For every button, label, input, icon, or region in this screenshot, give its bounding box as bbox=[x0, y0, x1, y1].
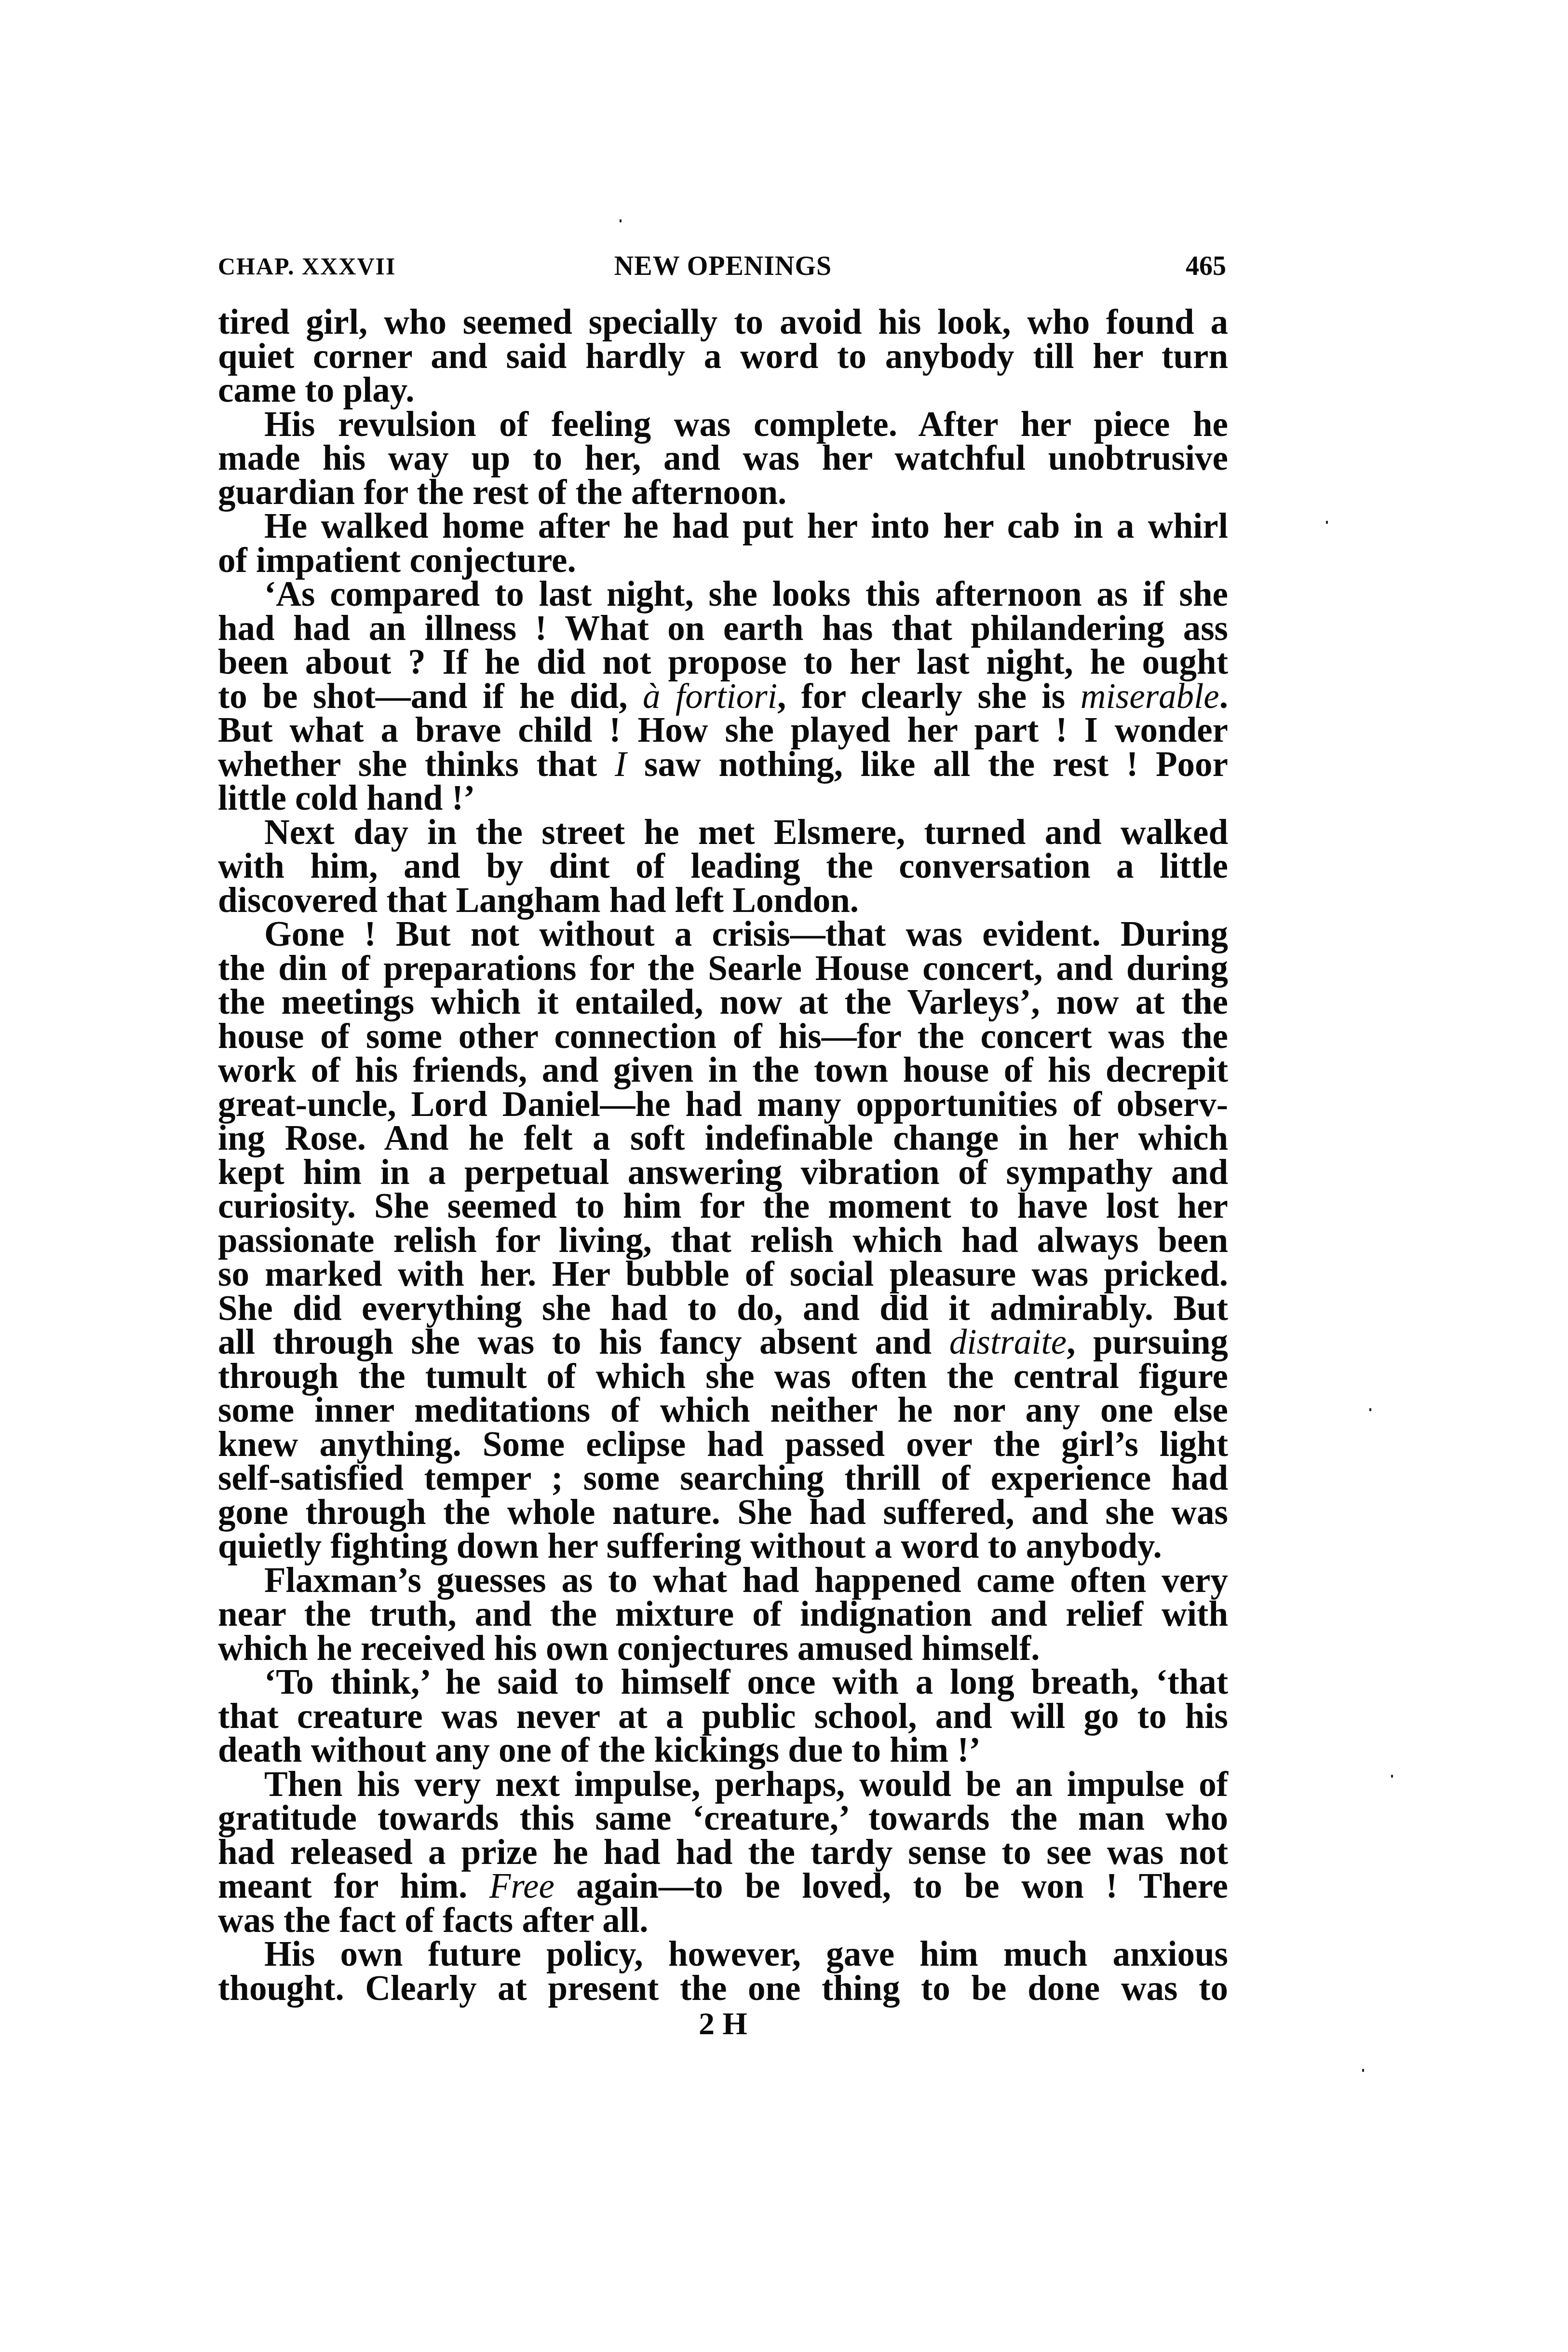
text-line: ‘To think,’ he said to himself once with… bbox=[218, 1665, 1228, 1699]
text-run: Next day in the street he met Elsmere, t… bbox=[264, 813, 1228, 852]
text-line: ‘As compared to last night, she looks th… bbox=[218, 577, 1228, 612]
dust-speck bbox=[1326, 521, 1328, 524]
text-run: meant for him. bbox=[218, 1866, 489, 1905]
book-page: CHAP. XXXVII NEW OPENINGS 465 tired girl… bbox=[0, 0, 1568, 2352]
text-run: passionate relish for living, that relis… bbox=[218, 1221, 1228, 1260]
text-run: near the truth, and the mixture of indig… bbox=[218, 1594, 1228, 1633]
text-run: was the fact of facts after all. bbox=[218, 1901, 649, 1940]
text-line: had had an illness ! What on earth has t… bbox=[218, 612, 1228, 646]
text-line: had released a prize he had had the tard… bbox=[218, 1835, 1228, 1870]
text-run: tired girl, who seemed specially to avoi… bbox=[218, 302, 1228, 341]
italic-text: à fortiori bbox=[643, 677, 777, 716]
text-run: curiosity. She seemed to him for the mom… bbox=[218, 1186, 1228, 1225]
text-line: made his way up to her, and was her watc… bbox=[218, 441, 1228, 476]
text-line: Gone ! But not without a crisis—that was… bbox=[218, 917, 1228, 952]
text-line: thought. Clearly at present the one thin… bbox=[218, 1971, 1228, 2006]
text-run: of impatient conjecture. bbox=[218, 541, 576, 580]
text-run: quietly fighting down her suffering with… bbox=[218, 1526, 1162, 1565]
text-run: that creature was never at a public scho… bbox=[218, 1697, 1228, 1736]
text-run: discovered that Langham had left London. bbox=[218, 881, 859, 920]
text-line: through the tumult of which she was ofte… bbox=[218, 1360, 1228, 1394]
text-line: guardian for the rest of the afternoon. bbox=[218, 476, 1228, 510]
text-run: to be shot—and if he did, bbox=[218, 677, 643, 716]
text-run: She did everything she had to do, and di… bbox=[218, 1289, 1228, 1328]
text-line: His revulsion of feeling was complete. A… bbox=[218, 408, 1228, 442]
text-line: been about ? If he did not propose to he… bbox=[218, 645, 1228, 680]
text-run: Then his very next impulse, perhaps, wou… bbox=[264, 1765, 1228, 1804]
text-run: self-satisfied temper ; some searching t… bbox=[218, 1458, 1228, 1497]
text-run: through the tumult of which she was ofte… bbox=[218, 1357, 1228, 1396]
text-run: quiet corner and said hardly a word to a… bbox=[218, 337, 1228, 376]
text-run: had released a prize he had had the tard… bbox=[218, 1833, 1228, 1872]
text-run: came to play. bbox=[218, 370, 415, 409]
text-run: ing Rose. And he felt a soft indefinable… bbox=[218, 1118, 1228, 1157]
text-line: the din of preparations for the Searle H… bbox=[218, 952, 1228, 986]
italic-text: distraite bbox=[949, 1322, 1067, 1361]
text-line: passionate relish for living, that relis… bbox=[218, 1224, 1228, 1258]
text-run: with him, and by dint of leading the con… bbox=[218, 846, 1228, 885]
text-line: Next day in the street he met Elsmere, t… bbox=[218, 816, 1228, 850]
signature-mark: 2 H bbox=[218, 2007, 1228, 2041]
text-line: of impatient conjecture. bbox=[218, 544, 1228, 578]
text-line: curiosity. She seemed to him for the mom… bbox=[218, 1189, 1228, 1224]
page-number: 465 bbox=[1186, 251, 1226, 282]
text-run: knew anything. Some eclipse had passed o… bbox=[218, 1425, 1228, 1464]
text-line: which he received his own conjectures am… bbox=[218, 1631, 1228, 1666]
text-run: But what a brave child ! How she played … bbox=[218, 710, 1228, 749]
text-run: gone through the whole nature. She had s… bbox=[218, 1493, 1228, 1532]
text-line: gone through the whole nature. She had s… bbox=[218, 1495, 1228, 1530]
text-run: some inner meditations of which neither … bbox=[218, 1390, 1228, 1429]
text-line: Flaxman’s guesses as to what had happene… bbox=[218, 1563, 1228, 1598]
text-line: kept him in a perpetual answering vibrat… bbox=[218, 1156, 1228, 1190]
text-line: came to play. bbox=[218, 373, 1228, 408]
text-line: His own future policy, however, gave him… bbox=[218, 1937, 1228, 1971]
text-run: His own future policy, however, gave him… bbox=[264, 1934, 1228, 1973]
text-line: whether she thinks that I saw nothing, l… bbox=[218, 748, 1228, 782]
text-line: discovered that Langham had left London. bbox=[218, 884, 1228, 918]
text-run: ‘To think,’ he said to himself once with… bbox=[264, 1662, 1228, 1701]
text-run: little cold hand !’ bbox=[218, 778, 475, 817]
text-line: Then his very next impulse, perhaps, wou… bbox=[218, 1767, 1228, 1802]
text-run: , pursuing bbox=[1067, 1322, 1228, 1361]
text-line: death without any one of the kickings du… bbox=[218, 1733, 1228, 1767]
text-run: kept him in a perpetual answering vibrat… bbox=[218, 1153, 1228, 1192]
dust-speck bbox=[1369, 1408, 1371, 1411]
text-run: house of some other connection of his—fo… bbox=[218, 1017, 1228, 1056]
text-line: She did everything she had to do, and di… bbox=[218, 1292, 1228, 1326]
text-run: Gone ! But not without a crisis—that was… bbox=[264, 914, 1228, 953]
text-line: meant for him. Free again—to be loved, t… bbox=[218, 1869, 1228, 1903]
text-run: His revulsion of feeling was complete. A… bbox=[264, 405, 1228, 444]
dust-speck bbox=[1362, 2069, 1364, 2072]
text-run: gratitude towards this same ‘creature,’ … bbox=[218, 1798, 1228, 1837]
italic-text: I bbox=[615, 745, 626, 784]
text-run: made his way up to her, and was her watc… bbox=[218, 438, 1228, 477]
text-line: self-satisfied temper ; some searching t… bbox=[218, 1461, 1228, 1495]
text-line: with him, and by dint of leading the con… bbox=[218, 849, 1228, 884]
text-line: little cold hand !’ bbox=[218, 781, 1228, 816]
text-run: thought. Clearly at present the one thin… bbox=[218, 1969, 1228, 2008]
text-line: quietly fighting down her suffering with… bbox=[218, 1529, 1228, 1563]
text-run: which he received his own conjectures am… bbox=[218, 1629, 1040, 1668]
text-line: was the fact of facts after all. bbox=[218, 1903, 1228, 1938]
text-line: gratitude towards this same ‘creature,’ … bbox=[218, 1801, 1228, 1835]
text-run: been about ? If he did not propose to he… bbox=[218, 642, 1228, 681]
running-title: NEW OPENINGS bbox=[218, 251, 1228, 282]
text-run: again—to be loved, to be won ! There bbox=[554, 1866, 1228, 1905]
running-head: CHAP. XXXVII NEW OPENINGS 465 bbox=[218, 251, 1228, 282]
text-run: Flaxman’s guesses as to what had happene… bbox=[264, 1561, 1228, 1600]
text-line: near the truth, and the mixture of indig… bbox=[218, 1597, 1228, 1631]
text-line: knew anything. Some eclipse had passed o… bbox=[218, 1428, 1228, 1462]
text-run: guardian for the rest of the afternoon. bbox=[218, 473, 786, 512]
italic-text: Free bbox=[489, 1866, 554, 1905]
text-line: some inner meditations of which neither … bbox=[218, 1393, 1228, 1428]
text-line: all through she was to his fancy absent … bbox=[218, 1325, 1228, 1360]
text-run: saw nothing, like all the rest ! Poor bbox=[626, 745, 1228, 784]
text-line: house of some other connection of his—fo… bbox=[218, 1020, 1228, 1054]
text-run: so marked with her. Her bubble of social… bbox=[218, 1254, 1228, 1293]
text-run: ‘As compared to last night, she looks th… bbox=[264, 574, 1228, 613]
text-run: the meetings which it entailed, now at t… bbox=[218, 982, 1228, 1021]
text-line: But what a brave child ! How she played … bbox=[218, 713, 1228, 748]
text-run: the din of preparations for the Searle H… bbox=[218, 949, 1228, 988]
text-run: death without any one of the kickings du… bbox=[218, 1730, 981, 1769]
text-run: all through she was to his fancy absent … bbox=[218, 1322, 949, 1361]
text-line: the meetings which it entailed, now at t… bbox=[218, 985, 1228, 1020]
text-run: great-uncle, Lord Daniel—he had many opp… bbox=[218, 1085, 1228, 1124]
text-run: He walked home after he had put her into… bbox=[264, 506, 1228, 545]
text-run: . bbox=[1219, 677, 1228, 716]
text-line: ing Rose. And he felt a soft indefinable… bbox=[218, 1121, 1228, 1156]
text-run: had had an illness ! What on earth has t… bbox=[218, 609, 1228, 648]
dust-speck bbox=[1391, 1775, 1393, 1778]
text-line: work of his friends, and given in the to… bbox=[218, 1053, 1228, 1088]
text-run: work of his friends, and given in the to… bbox=[218, 1050, 1228, 1089]
text-line: that creature was never at a public scho… bbox=[218, 1699, 1228, 1734]
text-run: whether she thinks that bbox=[218, 745, 615, 784]
text-line: so marked with her. Her bubble of social… bbox=[218, 1257, 1228, 1292]
italic-text: miserable bbox=[1081, 677, 1219, 716]
text-line: tired girl, who seemed specially to avoi… bbox=[218, 305, 1228, 340]
text-line: quiet corner and said hardly a word to a… bbox=[218, 340, 1228, 374]
dust-speck bbox=[620, 219, 622, 222]
body-text: tired girl, who seemed specially to avoi… bbox=[218, 305, 1228, 2005]
text-run: , for clearly she is bbox=[777, 677, 1081, 716]
text-line: great-uncle, Lord Daniel—he had many opp… bbox=[218, 1088, 1228, 1122]
text-line: He walked home after he had put her into… bbox=[218, 509, 1228, 544]
text-line: to be shot—and if he did, à fortiori, fo… bbox=[218, 680, 1228, 714]
